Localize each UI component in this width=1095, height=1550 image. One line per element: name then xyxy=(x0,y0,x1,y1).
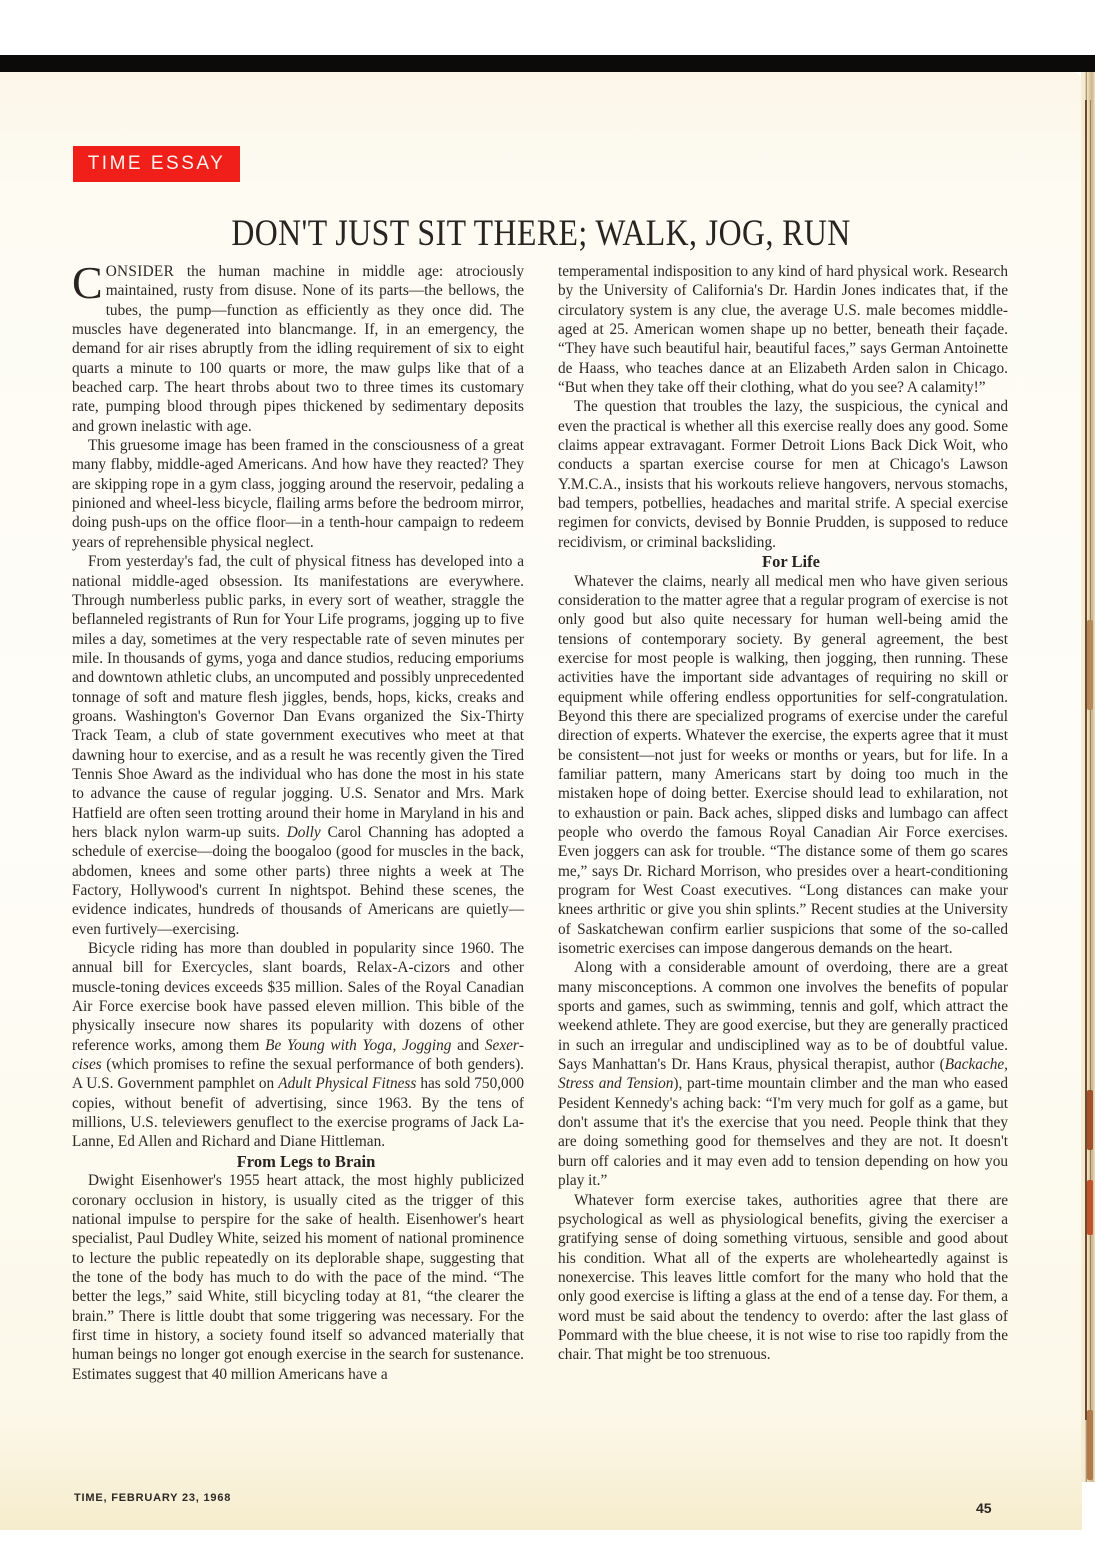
paragraph: temperamental indisposition to any kind … xyxy=(558,262,1008,397)
book-title: Be Young with Yoga, Jogging xyxy=(265,1037,451,1054)
paragraph-text: Carol Channing has adopted a schedule of… xyxy=(72,824,524,938)
article-title: DON'T JUST SIT THERE; WALK, JOG, RUN xyxy=(76,212,1007,255)
paragraph: CONSIDER the human machine in middle age… xyxy=(72,262,524,436)
page-edge-stain xyxy=(1087,1180,1093,1235)
paragraph: Along with a considerable amount of over… xyxy=(558,958,1008,1190)
page-edge-stain xyxy=(1087,620,1093,710)
paragraph: Dwight Eisenhower's 1955 heart attack, t… xyxy=(72,1171,524,1384)
paragraph-text: and xyxy=(451,1037,485,1054)
paragraph-text: Along with a considerable amount of over… xyxy=(558,959,1008,1073)
page-edge-stain xyxy=(1087,1410,1093,1480)
paragraph: Whatever form exercise takes, authoritie… xyxy=(558,1191,1008,1365)
italic-title: Dolly xyxy=(287,824,321,841)
subheading: For Life xyxy=(558,552,1008,571)
paragraph: From yesterday's fad, the cult of physic… xyxy=(72,552,524,939)
page-edge-stain xyxy=(1087,1090,1093,1150)
page-number: 45 xyxy=(976,1500,992,1516)
article-column-right: temperamental indisposition to any kind … xyxy=(558,262,1008,1365)
article-column-left: CONSIDER the human machine in middle age… xyxy=(72,262,524,1384)
pamphlet-title: Adult Physi­cal Fitness xyxy=(278,1075,416,1092)
paragraph: Whatever the claims, nearly all medical … xyxy=(558,572,1008,959)
paragraph: This gruesome image has been framed in t… xyxy=(72,436,524,552)
subheading: From Legs to Brain xyxy=(72,1152,524,1171)
paragraph: Bicycle riding has more than doubled in … xyxy=(72,939,524,1152)
drop-cap: C xyxy=(72,264,103,302)
paragraph-text: the human machine in middle age: atrocio… xyxy=(72,263,524,435)
paragraph-text: ), part-time mountain climber and the ma… xyxy=(558,1075,1008,1189)
paragraph-text: From yesterday's fad, the cult of physic… xyxy=(72,553,524,841)
section-label: TIME ESSAY xyxy=(73,146,240,182)
page-edge-binding xyxy=(1081,72,1095,1482)
footer-issue-date: TIME, FEBRUARY 23, 1968 xyxy=(74,1492,231,1504)
scan-top-border xyxy=(0,55,1095,72)
page-edge-line xyxy=(1090,100,1091,1480)
lead-in: ONSIDER xyxy=(106,263,174,280)
paragraph: The question that troubles the lazy, the… xyxy=(558,397,1008,552)
